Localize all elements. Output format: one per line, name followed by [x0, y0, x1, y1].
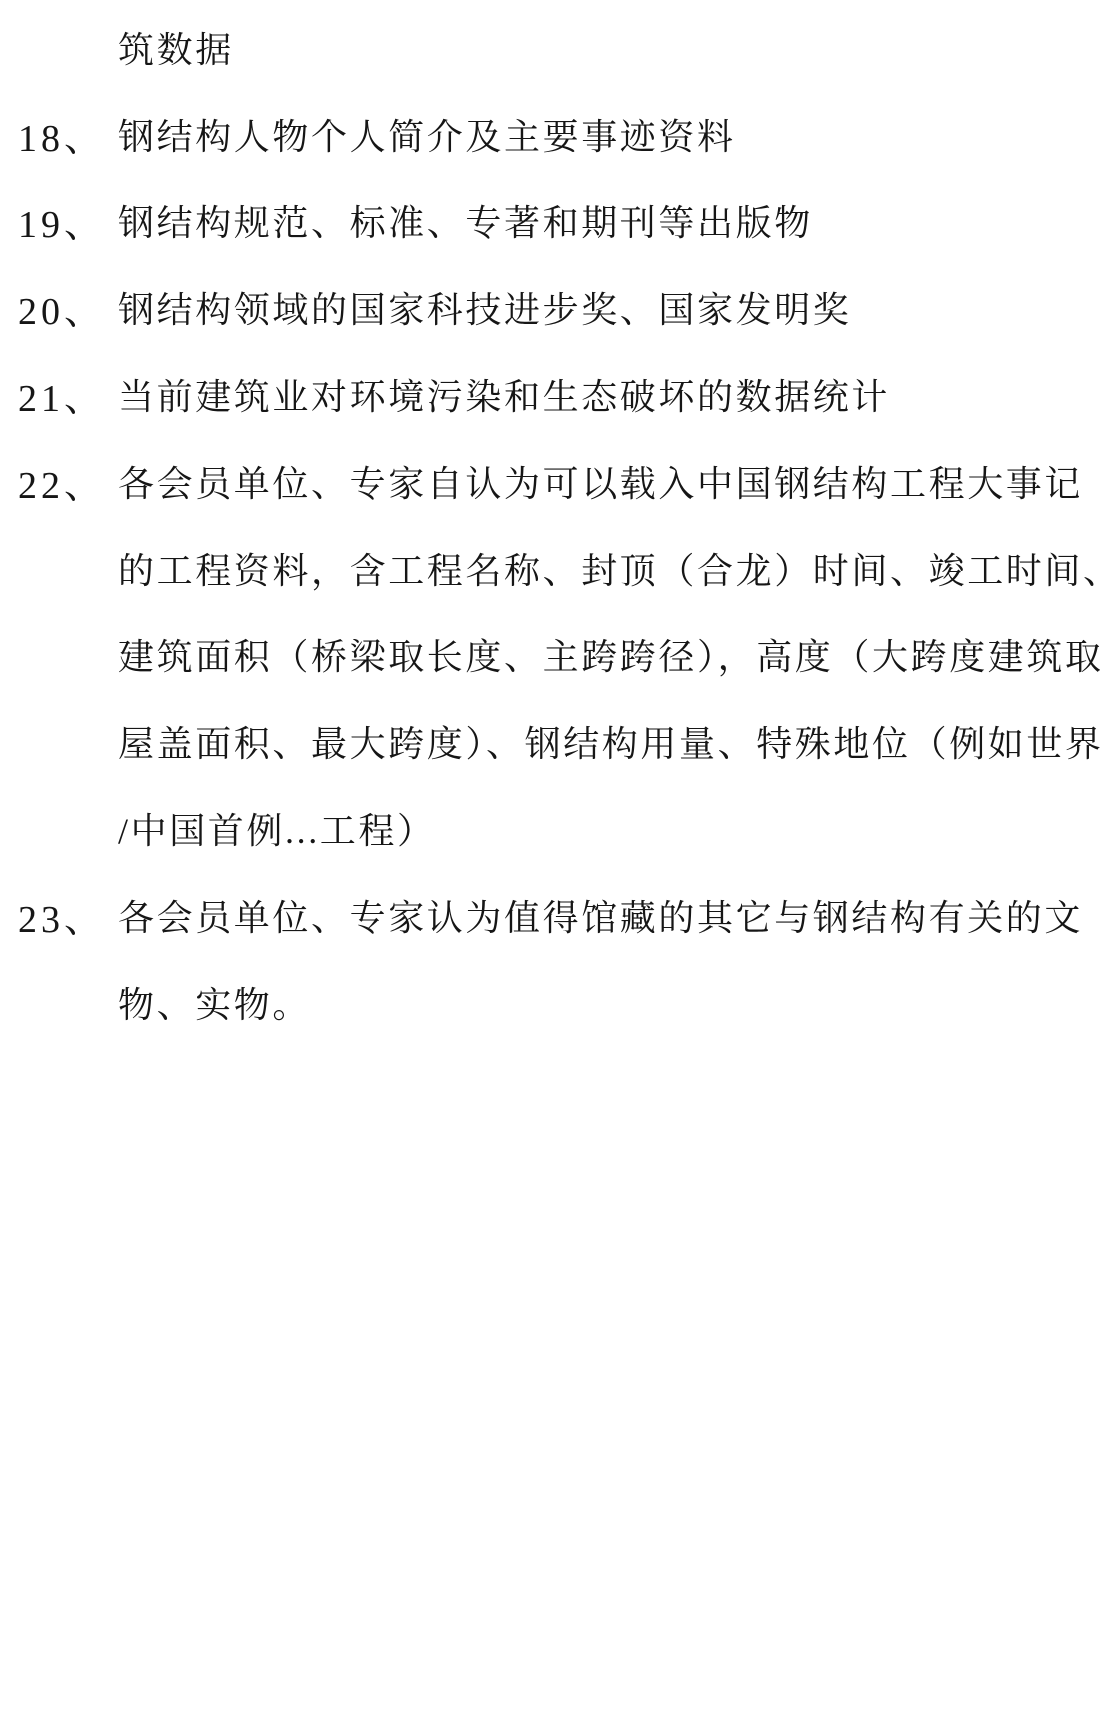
item-number: 22、	[0, 454, 118, 509]
document-page: 筑数据 18、 钢结构人物个人简介及主要事迹资料 19、 钢结构规范、标准、专著…	[0, 4, 1100, 1046]
item-text-line: 各会员单位、专家认为值得馆藏的其它与钢结构有关的文	[118, 890, 1100, 941]
continuation-text-line: 筑数据	[118, 22, 1100, 73]
list-row: /中国首例...工程）	[0, 785, 1100, 872]
item-number: 19、	[0, 193, 118, 248]
list-row: 筑数据	[0, 4, 1100, 91]
item-text-line: 钢结构人物个人简介及主要事迹资料	[118, 109, 1100, 160]
item-number: 20、	[0, 280, 118, 335]
item-number: 21、	[0, 367, 118, 422]
item-text-line: /中国首例...工程）	[118, 803, 1100, 854]
list-row: 屋盖面积、最大跨度）、钢结构用量、特殊地位（例如世界	[0, 698, 1100, 785]
item-text-line: 钢结构领域的国家科技进步奖、国家发明奖	[118, 282, 1100, 333]
item-text-line: 建筑面积（桥梁取长度、主跨跨径），高度（大跨度建筑取	[118, 629, 1100, 680]
item-number: 18、	[0, 107, 118, 162]
list-row: 18、 钢结构人物个人简介及主要事迹资料	[0, 91, 1100, 178]
item-text-line: 当前建筑业对环境污染和生态破坏的数据统计	[118, 369, 1100, 420]
list-row: 20、 钢结构领域的国家科技进步奖、国家发明奖	[0, 264, 1100, 351]
list-row: 物、实物。	[0, 959, 1100, 1046]
list-row: 的工程资料，含工程名称、封顶（合龙）时间、竣工时间、	[0, 525, 1100, 612]
item-text-line: 的工程资料，含工程名称、封顶（合龙）时间、竣工时间、	[118, 543, 1100, 594]
item-text-line: 物、实物。	[118, 977, 1100, 1028]
item-text-line: 屋盖面积、最大跨度）、钢结构用量、特殊地位（例如世界	[118, 716, 1100, 767]
item-number: 23、	[0, 888, 118, 943]
list-row: 21、 当前建筑业对环境污染和生态破坏的数据统计	[0, 351, 1100, 438]
item-text-line: 各会员单位、专家自认为可以载入中国钢结构工程大事记	[118, 456, 1100, 507]
list-row: 22、 各会员单位、专家自认为可以载入中国钢结构工程大事记	[0, 438, 1100, 525]
list-row: 建筑面积（桥梁取长度、主跨跨径），高度（大跨度建筑取	[0, 612, 1100, 699]
list-row: 23、 各会员单位、专家认为值得馆藏的其它与钢结构有关的文	[0, 872, 1100, 959]
list-row: 19、 钢结构规范、标准、专著和期刊等出版物	[0, 178, 1100, 265]
item-text-line: 钢结构规范、标准、专著和期刊等出版物	[118, 195, 1100, 246]
